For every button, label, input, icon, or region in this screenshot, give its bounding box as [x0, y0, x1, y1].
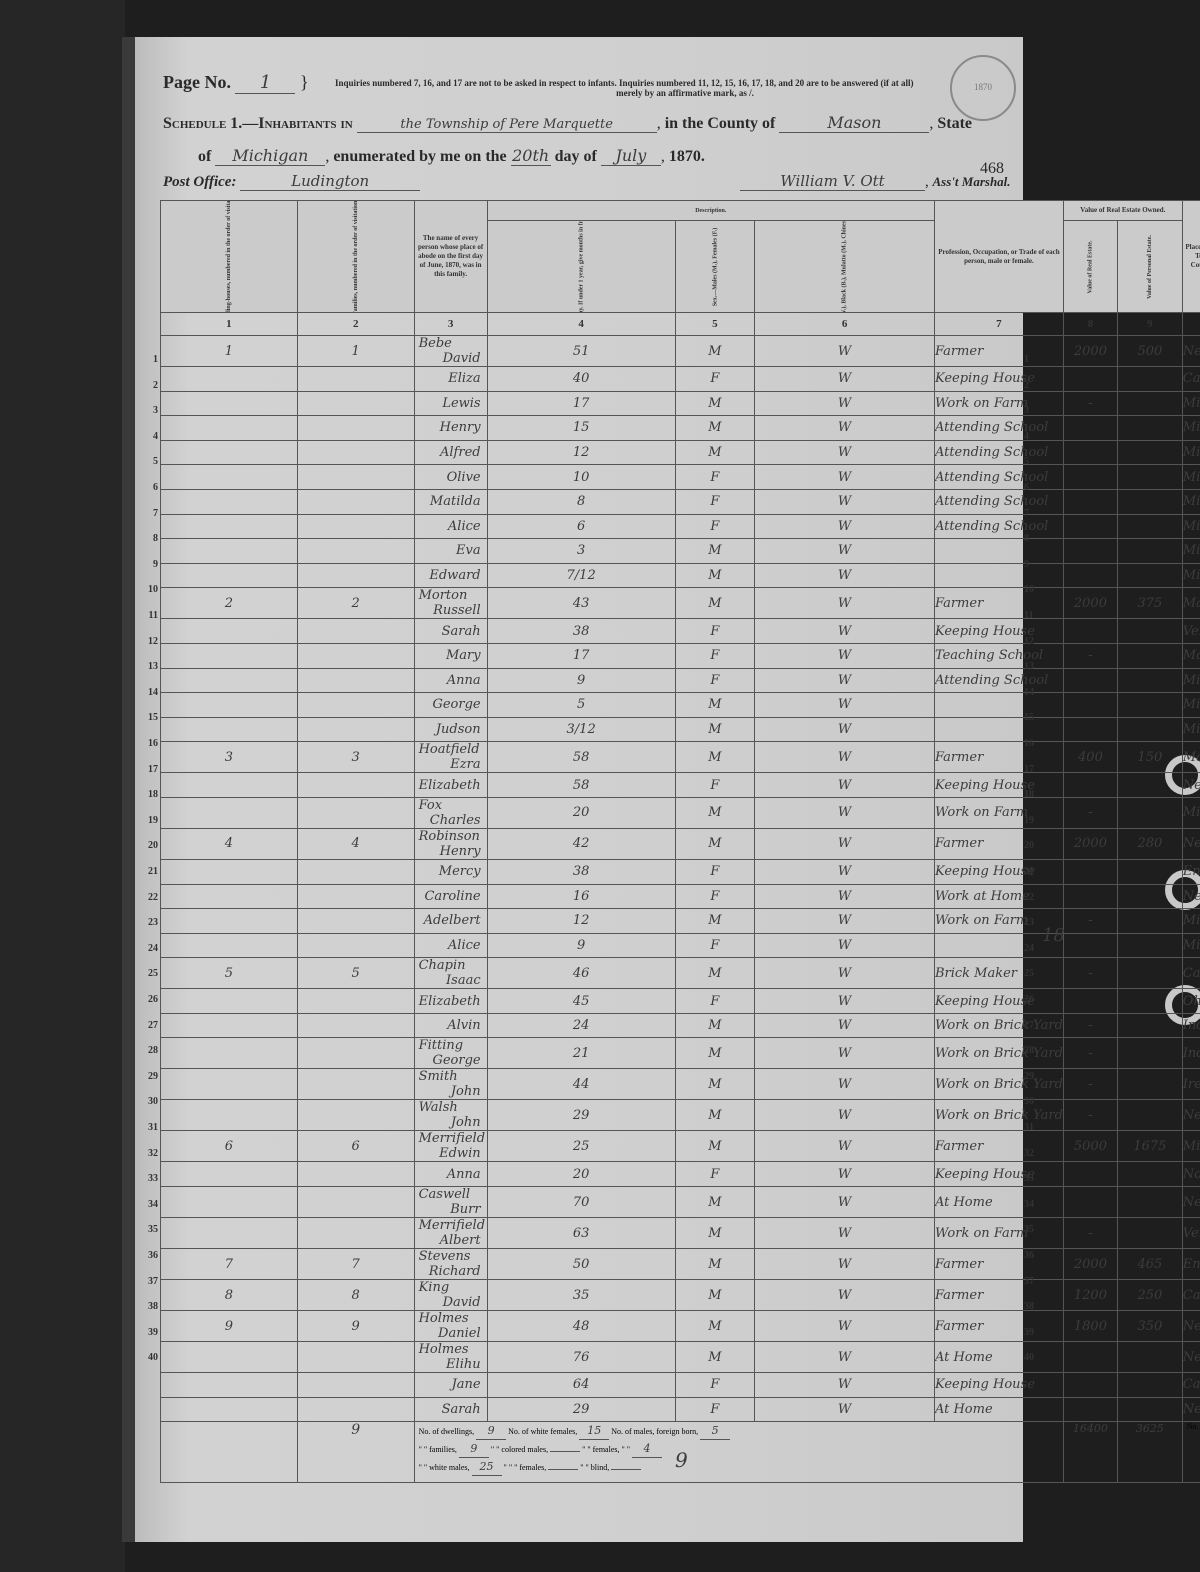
- occupation: Farmer: [934, 1311, 1063, 1342]
- occupation: Work on Brick Yard: [934, 1100, 1063, 1131]
- birthplace: Michigan: [1182, 391, 1200, 416]
- occupation: Work on Brick Yard: [934, 1069, 1063, 1100]
- line-number: 2: [1024, 380, 1042, 391]
- table-row: 33HoatfieldEzra58MWFarmer400150Massachus…: [161, 742, 1200, 773]
- color: W: [755, 909, 935, 934]
- given-name: Elizabeth: [419, 994, 487, 1009]
- table-row: 11BebeDavid51MWFarmer2000500New York1/: [161, 336, 1200, 367]
- line-number: 35: [1024, 1224, 1042, 1235]
- line-number: 34: [140, 1199, 158, 1210]
- personal-estate-value: [1118, 367, 1183, 392]
- sex: F: [675, 465, 755, 490]
- personal-estate-value: [1118, 1162, 1183, 1187]
- occupation: Attending School: [934, 489, 1063, 514]
- line-number: 17: [140, 764, 158, 775]
- occupation: Farmer: [934, 336, 1063, 367]
- family-number: [297, 717, 414, 742]
- table-row: Caroline16FWWork at HomeNew York: [161, 884, 1200, 909]
- header-dwelling: Dwelling-houses, numbered in the order o…: [161, 201, 298, 313]
- personal-estate-value: [1118, 989, 1183, 1014]
- line-number: 2: [140, 380, 158, 391]
- birthplace: Michigan: [1182, 933, 1200, 958]
- marshal-line: William V. Ott, Ass't Marshal.: [740, 172, 1011, 191]
- person-name: Adelbert: [414, 909, 487, 934]
- real-estate-value: [1063, 859, 1117, 884]
- dwelling-number: [161, 539, 298, 564]
- dwelling-number: [161, 909, 298, 934]
- sex: M: [675, 440, 755, 465]
- page-label: Page No.: [163, 72, 231, 92]
- age: 5: [487, 693, 675, 718]
- occupation: Farmer: [934, 1280, 1063, 1311]
- county-value: Mason: [779, 113, 929, 133]
- real-estate-value: [1063, 440, 1117, 465]
- occupation: Work on Brick Yard: [934, 1038, 1063, 1069]
- dwelling-number: [161, 416, 298, 441]
- header-family: Families, numbered in the order of visit…: [297, 201, 414, 313]
- personal-estate-value: 250: [1118, 1280, 1183, 1311]
- color: W: [755, 416, 935, 441]
- age: 20: [487, 1162, 675, 1187]
- color: W: [755, 1131, 935, 1162]
- personal-estate-value: [1118, 797, 1183, 828]
- real-estate-value: [1063, 367, 1117, 392]
- dwelling-number: [161, 1187, 298, 1218]
- given-name: Sarah: [442, 1402, 487, 1417]
- sex: M: [675, 1311, 755, 1342]
- age: 7/12: [487, 563, 675, 588]
- family-number: [297, 440, 414, 465]
- archive-stamp: 1870: [950, 55, 1016, 121]
- age: 15: [487, 416, 675, 441]
- line-number: 40: [1024, 1352, 1042, 1363]
- county-label: in the County of: [665, 115, 776, 132]
- header-birthplace: Place of Birth, naming State or Territor…: [1182, 201, 1200, 313]
- dwelling-number: [161, 668, 298, 693]
- person-name: BebeDavid: [414, 336, 487, 367]
- personal-estate-value: [1118, 668, 1183, 693]
- table-row: WalshJohn29MWWork on Brick Yard-Newfound…: [161, 1100, 1200, 1131]
- dwelling-number: [161, 989, 298, 1014]
- birthplace: Michigan: [1182, 717, 1200, 742]
- line-number: 3: [140, 405, 158, 416]
- person-name: KingDavid: [414, 1280, 487, 1311]
- page-number-line: Page No. 1 }: [163, 72, 309, 94]
- line-number: 5: [1024, 456, 1042, 467]
- birthplace: England: [1182, 1249, 1200, 1280]
- person-name: Alfred: [414, 440, 487, 465]
- line-number: 37: [1024, 1276, 1042, 1287]
- color: W: [755, 859, 935, 884]
- line-number: 30: [1024, 1096, 1042, 1107]
- occupation: Farmer: [934, 828, 1063, 859]
- color: W: [755, 828, 935, 859]
- line-number: 32: [1024, 1148, 1042, 1159]
- white-males-count: 25: [472, 1458, 502, 1476]
- colored-females-count: [548, 1469, 578, 1470]
- person-name: Olive: [414, 465, 487, 490]
- line-number: 4: [1024, 431, 1042, 442]
- dwelling-number: [161, 1069, 298, 1100]
- family-number: [297, 668, 414, 693]
- occupation: Farmer: [934, 742, 1063, 773]
- age: 16: [487, 884, 675, 909]
- family-number: [297, 489, 414, 514]
- color: W: [755, 958, 935, 989]
- family-number: [297, 1373, 414, 1398]
- real-estate-value: -: [1063, 391, 1117, 416]
- age: 9: [487, 933, 675, 958]
- personal-estate-value: [1118, 1218, 1183, 1249]
- occupation: At Home: [934, 1187, 1063, 1218]
- family-number: 1: [297, 336, 414, 367]
- birthplace: Michigan: [1182, 514, 1200, 539]
- insane-cell: No. of insane,: [1182, 1422, 1200, 1483]
- given-name: Judson: [436, 722, 487, 737]
- family-number: [297, 1038, 414, 1069]
- line-number: 13: [140, 661, 158, 672]
- real-estate-value: -: [1063, 1218, 1117, 1249]
- age: 12: [487, 909, 675, 934]
- color: W: [755, 336, 935, 367]
- white-females-count: 15: [579, 1422, 609, 1440]
- table-row: FittingGeorge21MWWork on Brick Yard-Indi…: [161, 1038, 1200, 1069]
- birthplace: Norway: [1182, 1162, 1200, 1187]
- person-name: Alice: [414, 933, 487, 958]
- line-number: 23: [1024, 917, 1042, 928]
- line-number: 14: [1024, 687, 1042, 698]
- family-number: [297, 1397, 414, 1422]
- line-number: 34: [1024, 1199, 1042, 1210]
- personal-estate-value: [1118, 1373, 1183, 1398]
- real-estate-value: -: [1063, 1100, 1117, 1131]
- age: 51: [487, 336, 675, 367]
- age: 35: [487, 1280, 675, 1311]
- real-estate-value: [1063, 1342, 1117, 1373]
- person-name: Eliza: [414, 367, 487, 392]
- person-name: FoxCharles: [414, 797, 487, 828]
- occupation: At Home: [934, 1397, 1063, 1422]
- occupation: Keeping House: [934, 773, 1063, 798]
- personal-estate-value: 150: [1118, 742, 1183, 773]
- family-number: [297, 909, 414, 934]
- given-name: George: [432, 697, 486, 712]
- given-name: Anna: [447, 1167, 487, 1182]
- sex: M: [675, 742, 755, 773]
- personal-estate-value: [1118, 1342, 1183, 1373]
- state-value: Michigan: [215, 146, 325, 166]
- family-number: [297, 1187, 414, 1218]
- person-name: WalshJohn: [414, 1100, 487, 1131]
- dwelling-number: [161, 884, 298, 909]
- birthplace: Canada: [1182, 1280, 1200, 1311]
- sex: M: [675, 539, 755, 564]
- header-personal-estate: Value of Personal Estate.: [1118, 221, 1183, 313]
- dwelling-number: 8: [161, 1280, 298, 1311]
- family-number: [297, 514, 414, 539]
- age: 42: [487, 828, 675, 859]
- blind-label: " " blind,: [580, 1463, 609, 1472]
- header-color: Color.—White (W.), Black (B.), Mulatto (…: [755, 221, 935, 313]
- bottom-page-number: 9: [675, 1448, 688, 1472]
- line-number: 10: [1024, 584, 1042, 595]
- white-females-label: No. of white females,: [508, 1427, 577, 1436]
- sex: F: [675, 668, 755, 693]
- real-estate-value: 2000: [1063, 828, 1117, 859]
- birthplace: Canada: [1182, 367, 1200, 392]
- given-name: John: [451, 1115, 487, 1130]
- table-row: 44RobinsonHenry42MWFarmer2000280New York…: [161, 828, 1200, 859]
- given-name: Lewis: [442, 396, 486, 411]
- personal-estate-value: [1118, 619, 1183, 644]
- line-number: 4: [140, 431, 158, 442]
- dwelling-number: [161, 465, 298, 490]
- line-number: 15: [1024, 712, 1042, 723]
- day-of-label: day of: [555, 148, 597, 165]
- age: 38: [487, 619, 675, 644]
- sex: F: [675, 884, 755, 909]
- age: 25: [487, 1131, 675, 1162]
- dwelling-number: 5: [161, 958, 298, 989]
- surname: Holmes: [419, 1311, 469, 1326]
- sex: M: [675, 1187, 755, 1218]
- foreign-females-label: " " females, " ": [582, 1445, 630, 1454]
- sex: F: [675, 989, 755, 1014]
- birthplace: Michigan: [1182, 693, 1200, 718]
- given-name: Adelbert: [424, 913, 487, 928]
- sex: F: [675, 1162, 755, 1187]
- given-name: Daniel: [438, 1326, 487, 1341]
- sex: M: [675, 958, 755, 989]
- person-name: George: [414, 693, 487, 718]
- family-number: [297, 563, 414, 588]
- table-row: Eva3MWMichiganC: [161, 539, 1200, 564]
- personal-estate-value: [1118, 884, 1183, 909]
- line-number: 7: [140, 508, 158, 519]
- dwelling-number: 1: [161, 336, 298, 367]
- given-name: John: [451, 1084, 487, 1099]
- personal-estate-value: [1118, 465, 1183, 490]
- person-name: Anna: [414, 1162, 487, 1187]
- age: 48: [487, 1311, 675, 1342]
- person-name: ChapinIsaac: [414, 958, 487, 989]
- instructions: Inquiries numbered 7, 16, and 17 are not…: [335, 78, 1035, 98]
- personal-estate-value: 350: [1118, 1311, 1183, 1342]
- birthplace: New York: [1182, 1342, 1200, 1373]
- line-number: 16: [1024, 738, 1042, 749]
- family-number: [297, 693, 414, 718]
- occupation: [934, 717, 1063, 742]
- sex: M: [675, 1342, 755, 1373]
- surname: Merrifield: [419, 1218, 485, 1233]
- personal-estate-value: [1118, 958, 1183, 989]
- person-name: MortonRussell: [414, 588, 487, 619]
- year-value: 1870.: [669, 148, 705, 165]
- real-estate-value: -: [1063, 1038, 1117, 1069]
- township-value: the Township of Pere Marquette: [357, 117, 657, 133]
- given-name: Charles: [430, 813, 487, 828]
- line-number: 25: [140, 968, 158, 979]
- real-estate-value: [1063, 619, 1117, 644]
- occupation: Keeping House: [934, 1162, 1063, 1187]
- occupation: Keeping House: [934, 859, 1063, 884]
- color: W: [755, 1013, 935, 1038]
- person-name: Edward: [414, 563, 487, 588]
- surname: Chapin: [419, 958, 466, 973]
- foreign-females-count: 4: [632, 1440, 662, 1458]
- state-label: State: [937, 115, 972, 132]
- table-row: Sarah29FWAt HomeNew York: [161, 1397, 1200, 1422]
- person-name: Sarah: [414, 619, 487, 644]
- line-number: 8: [140, 533, 158, 544]
- age: 6: [487, 514, 675, 539]
- real-estate-value: [1063, 1373, 1117, 1398]
- family-number: [297, 619, 414, 644]
- color: W: [755, 643, 935, 668]
- line-number: 10: [140, 584, 158, 595]
- given-name: Albert: [440, 1233, 487, 1248]
- line-number: 39: [140, 1327, 158, 1338]
- stamp-year: 1870: [974, 82, 992, 92]
- birthplace: Michigan: [1182, 416, 1200, 441]
- surname: Smith: [419, 1069, 458, 1084]
- personal-estate-value: 280: [1118, 828, 1183, 859]
- line-number: 1: [140, 354, 158, 365]
- family-number: [297, 643, 414, 668]
- dwellings-count: 9: [476, 1422, 506, 1440]
- family-number: [297, 933, 414, 958]
- table-row: 55ChapinIsaac46MWBrick Maker-Canada1/: [161, 958, 1200, 989]
- real-estate-value: [1063, 416, 1117, 441]
- table-row: Eliza40FWKeeping HouseCanada1111: [161, 367, 1200, 392]
- color: W: [755, 693, 935, 718]
- personal-estate-value: [1118, 773, 1183, 798]
- sex: F: [675, 859, 755, 884]
- birthplace: Michigan: [1182, 539, 1200, 564]
- occupation: Keeping House: [934, 1373, 1063, 1398]
- sex: M: [675, 416, 755, 441]
- dwelling-number: [161, 797, 298, 828]
- person-name: Mary: [414, 643, 487, 668]
- summary-counts: No. of dwellings, 9 No. of white females…: [414, 1422, 1063, 1483]
- line-number: 26: [1024, 994, 1042, 1005]
- surname: Fox: [419, 798, 442, 813]
- line-number: 13: [1024, 661, 1042, 672]
- line-number: 33: [140, 1173, 158, 1184]
- person-name: HolmesDaniel: [414, 1311, 487, 1342]
- line-number: 7: [1024, 508, 1042, 519]
- person-name: Matilda: [414, 489, 487, 514]
- real-estate-value: [1063, 539, 1117, 564]
- family-number: 2: [297, 588, 414, 619]
- table-row: Matilda8FWAttending SchoolMichigan11: [161, 489, 1200, 514]
- occupation: Farmer: [934, 1131, 1063, 1162]
- sex: F: [675, 1397, 755, 1422]
- family-number: [297, 989, 414, 1014]
- birthplace: New York: [1182, 1311, 1200, 1342]
- line-number: 18: [140, 789, 158, 800]
- line-number: 18: [1024, 789, 1042, 800]
- family-number: [297, 1342, 414, 1373]
- table-row: MerrifieldAlbert63MWWork on Farm-Vermont…: [161, 1218, 1200, 1249]
- real-estate-value: -: [1063, 797, 1117, 828]
- line-number: 24: [1024, 943, 1042, 954]
- occupation: [934, 693, 1063, 718]
- age: 17: [487, 643, 675, 668]
- occupation: Brick Maker: [934, 958, 1063, 989]
- family-number: [297, 465, 414, 490]
- color: W: [755, 1069, 935, 1100]
- real-estate-value: 2000: [1063, 588, 1117, 619]
- real-estate-value: [1063, 465, 1117, 490]
- table-row: FoxCharles20MWWork on Farm-Michigan: [161, 797, 1200, 828]
- line-number: 27: [1024, 1020, 1042, 1031]
- person-name: Elizabeth: [414, 989, 487, 1014]
- schedule-label: Schedule 1.—Inhabitants in: [163, 115, 353, 132]
- family-number: 5: [297, 958, 414, 989]
- color: W: [755, 933, 935, 958]
- line-number: 8: [1024, 533, 1042, 544]
- sex: M: [675, 563, 755, 588]
- given-name: Richard: [429, 1264, 487, 1279]
- column-number: 10: [1182, 313, 1200, 336]
- age: 3: [487, 539, 675, 564]
- age: 76: [487, 1342, 675, 1373]
- column-number: 8: [1063, 313, 1117, 336]
- surname: Walsh: [419, 1100, 458, 1115]
- person-name: Judson: [414, 717, 487, 742]
- birthplace: New York: [1182, 828, 1200, 859]
- line-number: 9: [1024, 559, 1042, 570]
- surname: Stevens: [419, 1249, 471, 1264]
- age: 63: [487, 1218, 675, 1249]
- real-estate-value: -: [1063, 1013, 1117, 1038]
- dwelling-number: [161, 773, 298, 798]
- personal-estate-value: [1118, 1397, 1183, 1422]
- family-number: [297, 773, 414, 798]
- occupation: Keeping House: [934, 619, 1063, 644]
- table-row: CaswellBurr70MWAt HomeNew York/: [161, 1187, 1200, 1218]
- line-number: 36: [1024, 1250, 1042, 1261]
- given-name: Ezra: [450, 757, 486, 772]
- family-number: [297, 859, 414, 884]
- age: 3/12: [487, 717, 675, 742]
- real-estate-value: -: [1063, 909, 1117, 934]
- color: W: [755, 1038, 935, 1069]
- table-row: Edward7/12MWMichiganOct: [161, 563, 1200, 588]
- surname: King: [419, 1280, 450, 1295]
- real-estate-value: [1063, 1162, 1117, 1187]
- occupation: Farmer: [934, 1249, 1063, 1280]
- column-number: 3: [414, 313, 487, 336]
- line-number: 11: [140, 610, 158, 621]
- birthplace: Ohio: [1182, 989, 1200, 1014]
- table-row: George5MWMichigan: [161, 693, 1200, 718]
- line-number: 9: [140, 559, 158, 570]
- book-spine: [122, 37, 136, 1542]
- color: W: [755, 1280, 935, 1311]
- personal-estate-value: [1118, 717, 1183, 742]
- real-estate-value: 2000: [1063, 336, 1117, 367]
- birthplace: Michigan: [1182, 440, 1200, 465]
- given-name: Elihu: [446, 1357, 487, 1372]
- personal-estate-value: [1118, 489, 1183, 514]
- table-row: Alvin24MWWork on Brick Yard-Indiana/: [161, 1013, 1200, 1038]
- person-name: HoatfieldEzra: [414, 742, 487, 773]
- line-number: 37: [140, 1276, 158, 1287]
- personal-estate-value: [1118, 440, 1183, 465]
- real-estate-value: [1063, 489, 1117, 514]
